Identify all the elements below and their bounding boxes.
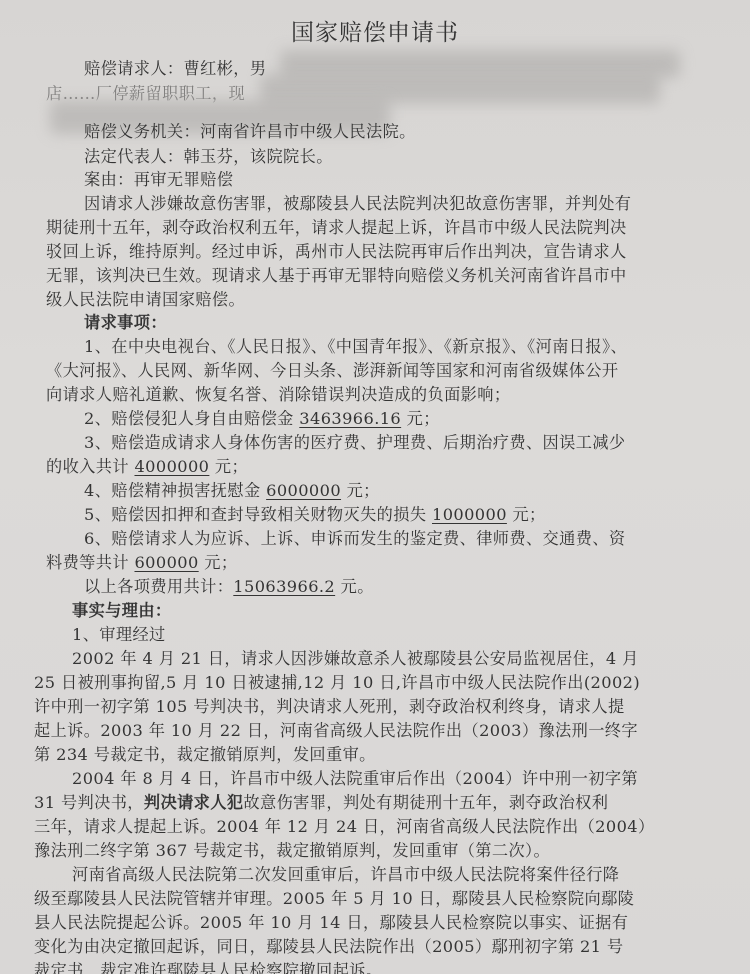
intro-line: 驳回上诉，维持原判。经过申诉，禹州市人民法院再审后作出判决，宣告请求人	[46, 238, 627, 262]
obligor-line: 赔偿义务机关：河南省许昌市中级人民法院。	[84, 118, 416, 142]
facts-line: 第 234 号裁定书，裁定撤销原判，发回重审。	[34, 741, 376, 765]
facts-line: 25 日被刑事拘留,5 月 10 日被逮捕,12 月 10 日,许昌市中级人民法…	[34, 669, 640, 693]
facts-line: 级至鄢陵县人民法院管辖并审理。2005 年 5 月 10 日，鄢陵县人民检察院向…	[34, 885, 634, 909]
facts-subheading: 1、审理经过	[72, 621, 166, 645]
document-title: 国家赔偿申请书	[0, 14, 750, 47]
request-1-line: 《大河报》、人民网、新华网、今日头条、澎湃新闻等国家和河南省级媒体公开	[46, 357, 618, 381]
request-2: 2、赔偿侵犯人身自由赔偿金 3463966.16 元；	[84, 405, 440, 429]
facts-line: 河南省高级人民法院第二次发回重审后，许昌市中级人民法院将案件径行降	[72, 861, 619, 885]
total-line: 以上各项费用共计：15063966.2 元。	[84, 573, 374, 597]
request-1-line: 1、在中央电视台、《人民日报》、《中国青年报》、《新京报》、《河南日报》、	[84, 333, 627, 357]
claimant-line: 赔偿请求人：曹红彬，男	[84, 55, 266, 79]
requests-heading: 请求事项：	[84, 309, 167, 333]
facts-heading: 事实与理由：	[72, 597, 172, 621]
request-3: 的收入共计 4000000 元；	[46, 453, 248, 477]
facts-line: 2002 年 4 月 21 日，请求人因涉嫌故意杀人被鄢陵县公安局监视居住，4 …	[72, 645, 639, 669]
facts-line: 许中刑一初字第 105 号判决书，判决请求人死刑，剥夺政治权利终身，请求人提	[34, 693, 625, 717]
facts-line: 31 号判决书，判决请求人犯故意伤害罪，判处有期徒刑十五年，剥夺政治权利	[34, 789, 608, 813]
facts-line: 2004 年 8 月 4 日，许昌市中级人法院重审后作出（2004）许中刑一初字…	[72, 765, 638, 789]
facts-line: 变化为由决定撤回起诉，同日，鄢陵县人民法院作出（2005）鄢刑初字第 21 号	[34, 933, 624, 957]
facts-line: 县人民法院提起公诉。2005 年 10 月 14 日，鄢陵县人民检察院以事实、证…	[34, 909, 628, 933]
case-cause-line: 案由：再审无罪赔偿	[84, 166, 233, 190]
intro-line: 无罪，该判决已生效。现请求人基于再审无罪特向赔偿义务机关河南省许昌市中	[46, 262, 627, 286]
intro-line: 因请求人涉嫌故意伤害罪，被鄢陵县人民法院判决犯故意伤害罪，并判处有	[84, 190, 631, 214]
facts-line: 豫法刑二终字第 367 号裁定书，裁定撤销原判，发回重审（第二次）。	[34, 837, 550, 861]
request-6: 料费等共计 600000 元；	[46, 549, 237, 573]
facts-line: 裁定书，裁定准许鄢陵县人民检察院撤回起诉。	[34, 957, 382, 974]
request-6-line: 6、赔偿请求人为应诉、上诉、申诉而发生的鉴定费、律师费、交通费、资	[84, 525, 626, 549]
legal-rep-line: 法定代表人：韩玉芬，该院院长。	[84, 143, 333, 167]
request-1-line: 向请求人赔礼道歉、恢复名誉、消除错误判决造成的负面影响；	[46, 381, 510, 405]
amount-value: 6000000	[266, 481, 341, 500]
total-amount: 15063966.2	[233, 577, 335, 596]
facts-line: 三年，请求人提起上诉。2004 年 12 月 24 日，河南省高级人民法院作出（…	[34, 813, 655, 837]
amount-value: 4000000	[134, 457, 209, 476]
amount-value: 3463966.16	[299, 409, 401, 428]
request-5: 5、赔偿因扣押和查封导致相关财物灭失的损失 1000000 元；	[84, 501, 546, 525]
request-4: 4、赔偿精神损害抚慰金 6000000 元；	[84, 477, 380, 501]
facts-line: 起上诉。2003 年 10 月 22 日，河南省高级人民法院作出（2003）豫法…	[34, 717, 638, 741]
intro-line: 级人民法院申请国家赔偿。	[46, 286, 245, 310]
document-page: 国家赔偿申请书 赔偿请求人：曹红彬，男 店……厂停薪留职职工，现 赔偿义务机关：…	[0, 0, 750, 974]
request-3-line: 3、赔偿造成请求人身体伤害的医疗费、护理费、后期治疗费、因误工减少	[84, 429, 626, 453]
amount-value: 1000000	[432, 505, 507, 524]
intro-line: 期徒刑十五年，剥夺政治权利五年，请求人提起上诉，许昌市中级人民法院判决	[46, 214, 627, 238]
amount-value: 600000	[134, 553, 198, 572]
